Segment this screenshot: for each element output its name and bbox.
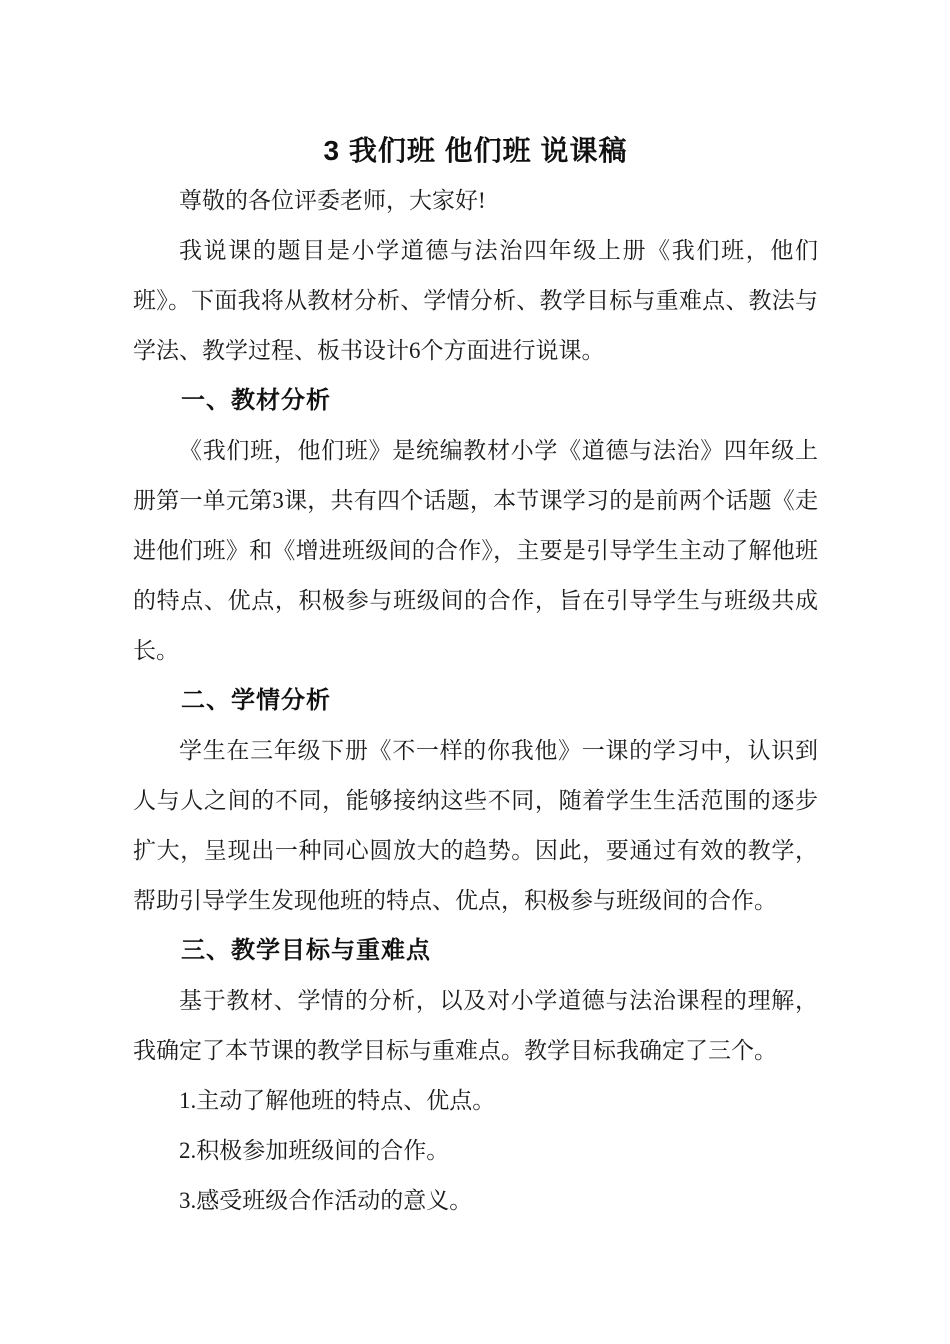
document-page: 3 我们班 他们班 说课稿 尊敬的各位评委老师，大家好! 我说课的题目是小学道德… <box>0 0 950 1344</box>
textbook-analysis-paragraph: 《我们班，他们班》是统编教材小学《道德与法治》四年级上册第一单元第3课，共有四个… <box>133 426 818 676</box>
document-title: 3 我们班 他们班 说课稿 <box>133 126 818 176</box>
section-heading-teaching-objectives: 三、教学目标与重难点 <box>133 926 818 976</box>
greeting-paragraph: 尊敬的各位评委老师，大家好! <box>133 176 818 226</box>
section-heading-learner-analysis: 二、学情分析 <box>133 676 818 726</box>
section-heading-textbook-analysis: 一、教材分析 <box>133 376 818 426</box>
learner-analysis-paragraph: 学生在三年级下册《不一样的你我他》一课的学习中，认识到人与人之间的不同，能够接纳… <box>133 726 818 926</box>
teaching-objectives-paragraph: 基于教材、学情的分析，以及对小学道德与法治课程的理解，我确定了本节课的教学目标与… <box>133 976 818 1076</box>
goal-item-3: 3.感受班级合作活动的意义。 <box>133 1176 818 1226</box>
intro-paragraph: 我说课的题目是小学道德与法治四年级上册《我们班，他们班》。下面我将从教材分析、学… <box>133 226 818 376</box>
goal-item-2: 2.积极参加班级间的合作。 <box>133 1126 818 1176</box>
goal-item-1: 1.主动了解他班的特点、优点。 <box>133 1076 818 1126</box>
